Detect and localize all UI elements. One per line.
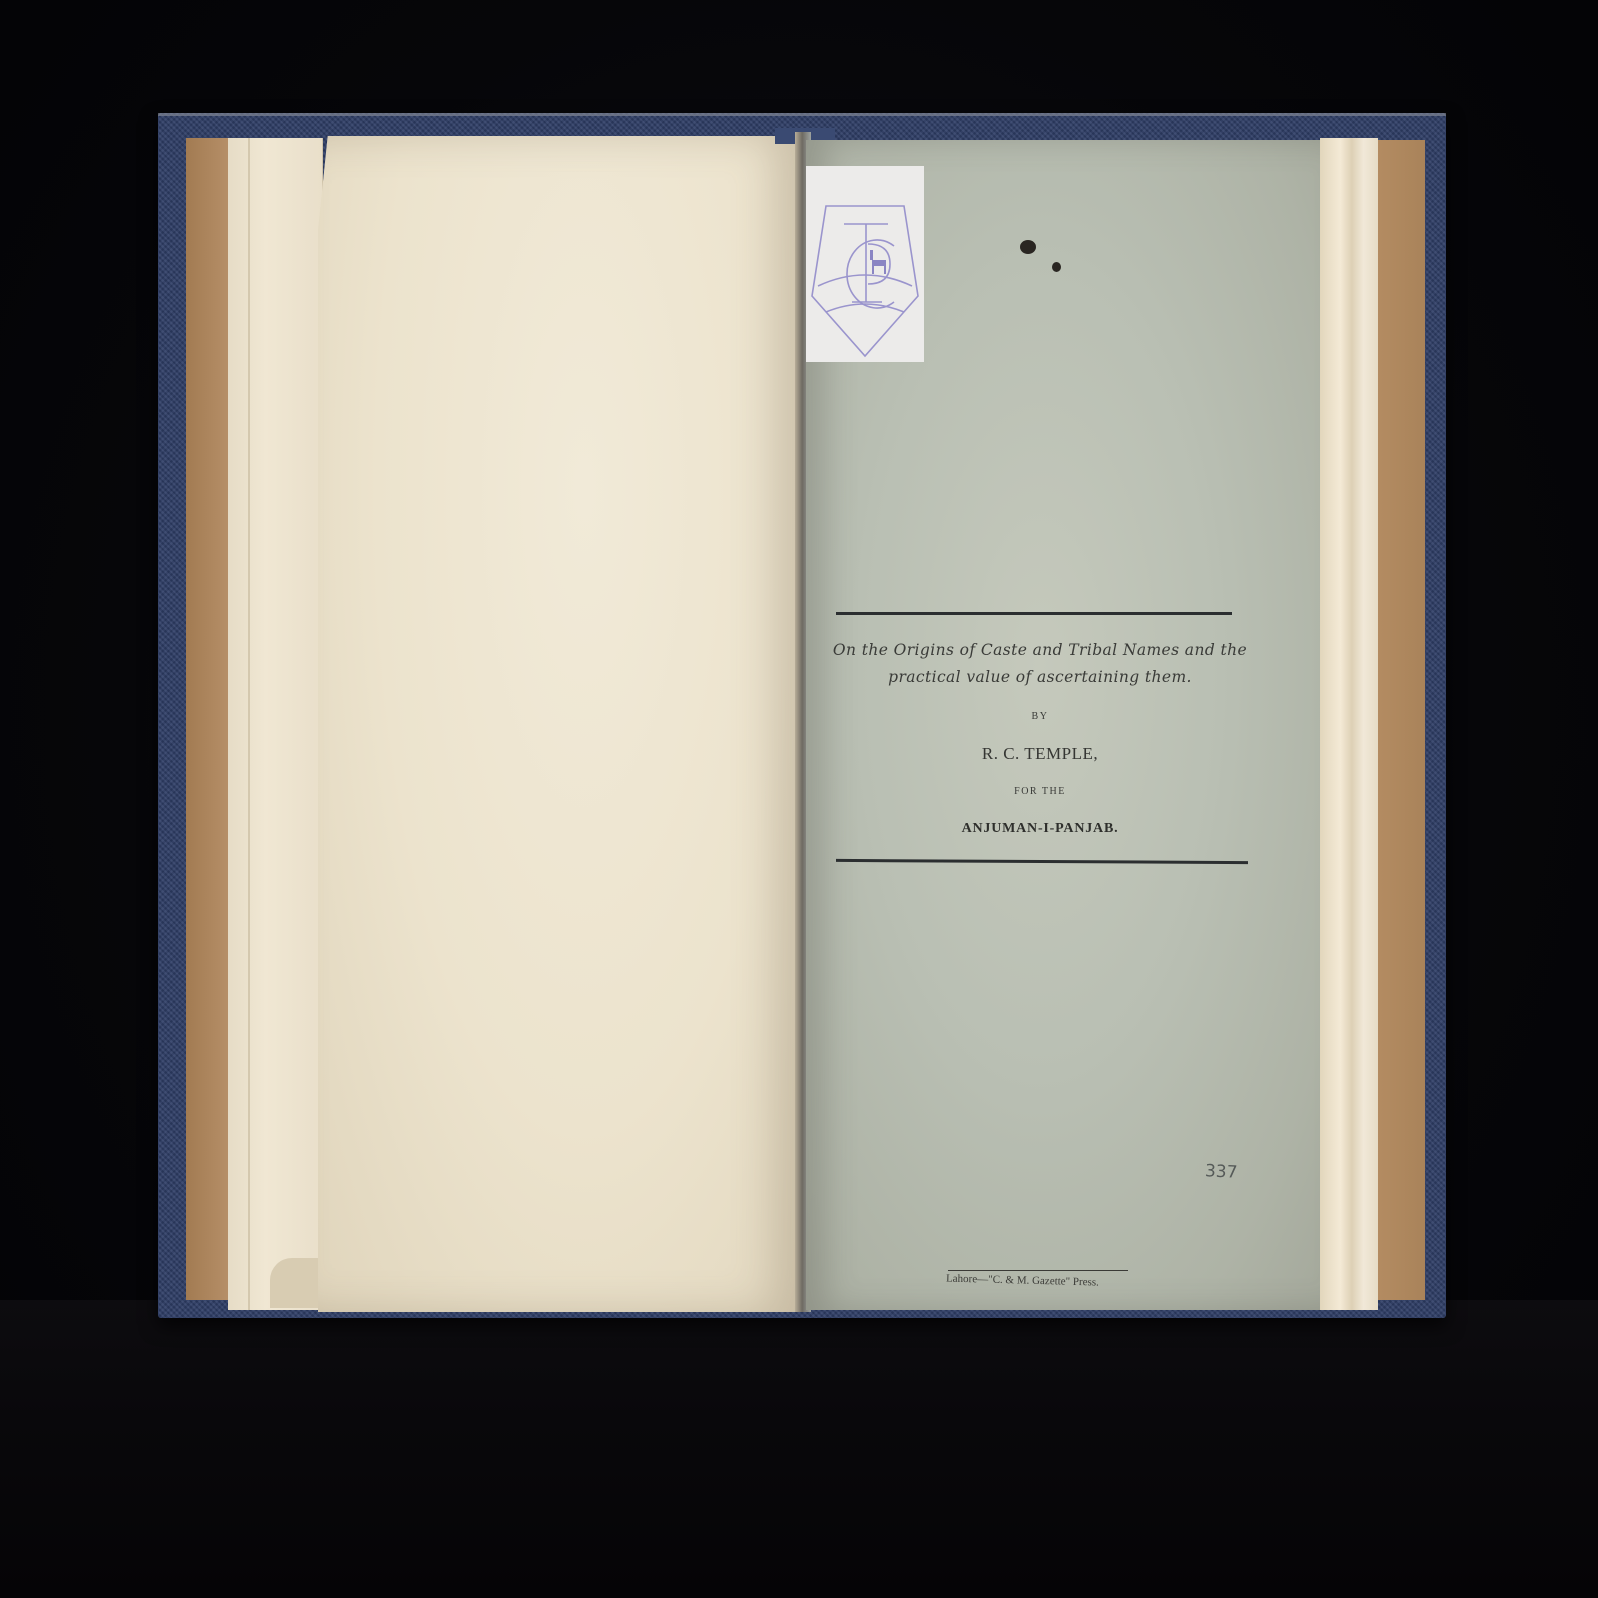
by-line: BY (830, 711, 1250, 722)
title-line-1: On the Origins of Caste and Tribal Names… (830, 641, 1250, 659)
ink-spot (1020, 240, 1036, 254)
bookplate (806, 166, 924, 362)
left-page-stack (228, 138, 323, 1310)
photo-scene: On the Origins of Caste and Tribal Names… (0, 0, 1598, 1598)
society-name: ANJUMAN-I-PANJAB. (830, 821, 1250, 837)
cover-edge (158, 113, 1446, 116)
author-name: R. C. TEMPLE, (830, 744, 1250, 764)
for-line: FOR THE (830, 786, 1250, 797)
monogram-stamp-icon (806, 166, 924, 362)
imprint-rule (948, 1270, 1128, 1271)
blank-left-page (318, 136, 802, 1312)
right-endpaper (1375, 140, 1425, 1300)
ink-spot (1052, 262, 1061, 272)
handwritten-shelfmark: 337 (1204, 1161, 1237, 1183)
top-rule (836, 612, 1232, 615)
title-line-2: practical value of ascertaining them. (830, 668, 1250, 686)
table-surface (0, 1300, 1598, 1598)
page-corner-tab (270, 1258, 318, 1308)
right-page-stack (1320, 138, 1378, 1310)
